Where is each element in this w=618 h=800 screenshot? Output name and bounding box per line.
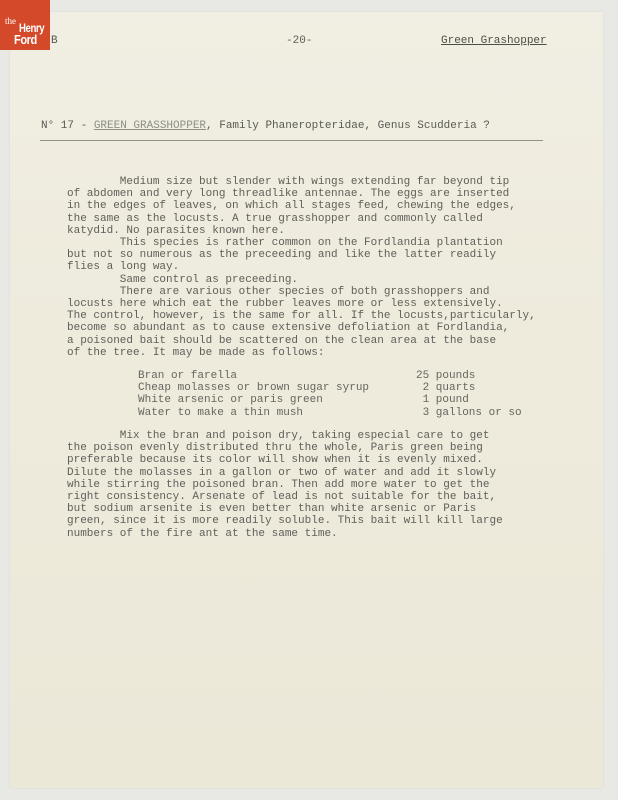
recipe-ingredient: Bran or farella — [138, 370, 416, 382]
header-left-mark: B — [51, 35, 58, 47]
recipe-amount: 3 gallons or so — [416, 407, 522, 419]
entry-number: N° 17 - — [41, 120, 94, 132]
paragraph-description: Medium size but slender with wings exten… — [67, 176, 536, 359]
recipe-row: Bran or farella 25 pounds — [138, 370, 522, 382]
bait-recipe-table: Bran or farella 25 pounds Cheap molasses… — [138, 370, 522, 419]
paragraph-bait-instructions: Mix the bran and poison dry, taking espe… — [67, 430, 503, 540]
the-henry-ford-logo: the Henry Ford — [0, 0, 50, 50]
common-name: GREEN GRASSHOPPER — [94, 120, 206, 132]
recipe-row: White arsenic or paris green 1 pound — [138, 394, 522, 406]
logo-ford: Ford — [14, 33, 37, 46]
recipe-amount: 2 quarts — [416, 382, 475, 394]
entry-title: N° 17 - GREEN GRASSHOPPER, Family Phaner… — [41, 120, 490, 132]
page-number: -20- — [286, 35, 312, 47]
recipe-ingredient: Water to make a thin mush — [138, 407, 416, 419]
title-rule — [40, 140, 543, 141]
logo-the: the — [5, 17, 16, 26]
recipe-amount: 25 pounds — [416, 370, 475, 382]
recipe-ingredient: White arsenic or paris green — [138, 394, 416, 406]
recipe-ingredient: Cheap molasses or brown sugar syrup — [138, 382, 416, 394]
recipe-row: Cheap molasses or brown sugar syrup 2 qu… — [138, 382, 522, 394]
running-title: Green Grashopper — [441, 35, 547, 47]
recipe-row: Water to make a thin mush 3 gallons or s… — [138, 407, 522, 419]
taxonomy: , Family Phaneropteridae, Genus Scudderi… — [206, 120, 490, 132]
recipe-amount: 1 pound — [416, 394, 469, 406]
